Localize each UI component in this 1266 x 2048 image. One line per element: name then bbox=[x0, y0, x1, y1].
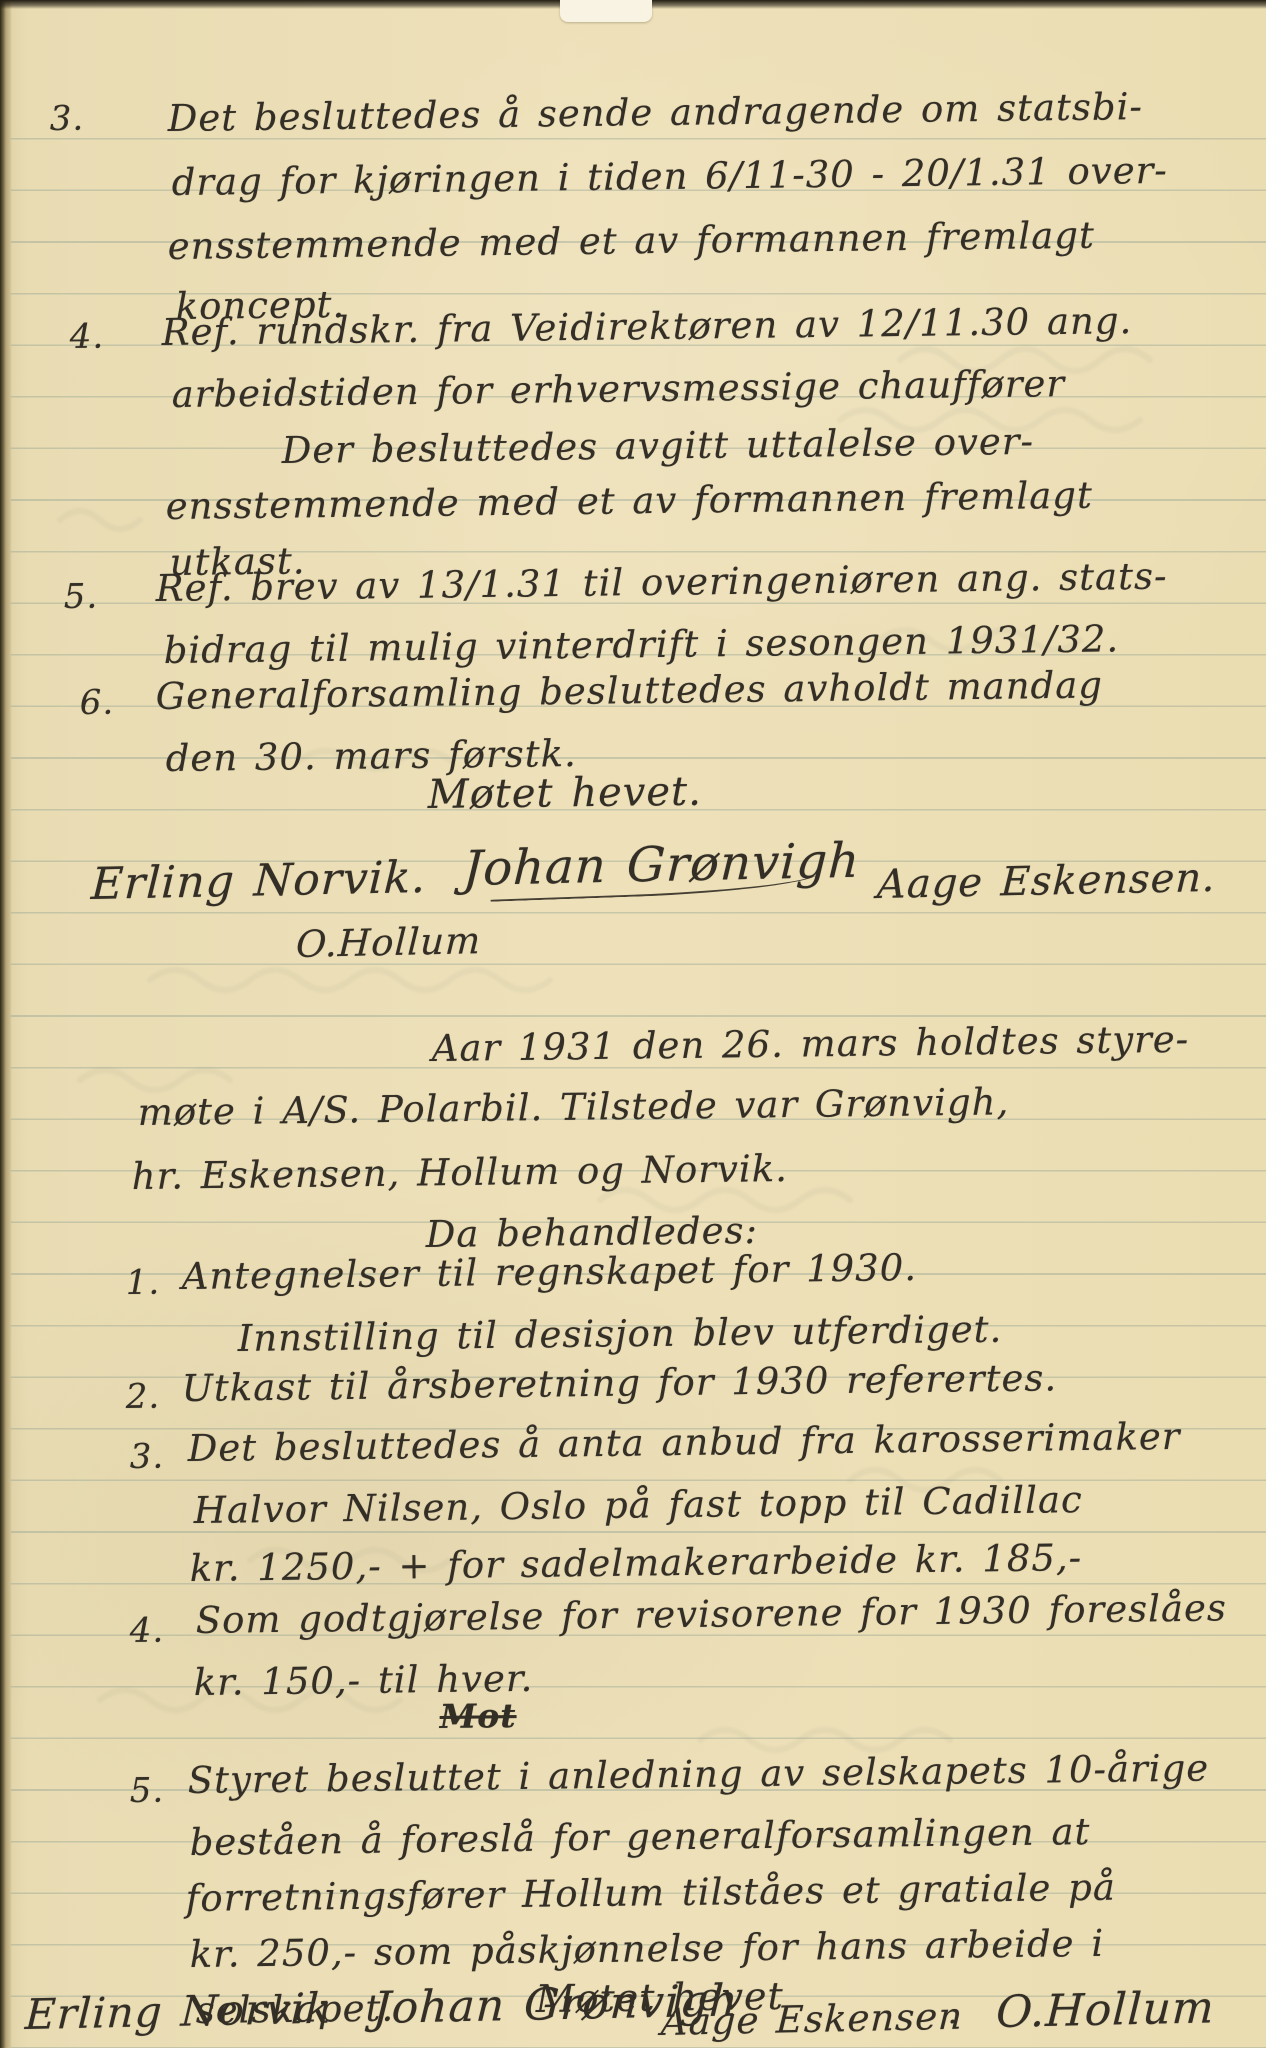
signature: Erling Norvik bbox=[24, 1986, 333, 2038]
struck-word: Mot bbox=[439, 1693, 516, 1740]
signature: Aage Eskensen. bbox=[876, 855, 1217, 908]
minutes-heading-line: møte i A/S. Polarbil. Tilstede var Grønv… bbox=[137, 1079, 1009, 1136]
item-number: 2. bbox=[125, 1374, 160, 1420]
item-number: 3. bbox=[129, 1434, 164, 1480]
minutes-line: Styret besluttet i anledning av selskape… bbox=[187, 1746, 1209, 1804]
minutes-line: beståen å foreslå for generalforsamlinge… bbox=[189, 1809, 1090, 1866]
item-number: 4. bbox=[129, 1608, 164, 1654]
item-number: 4. bbox=[69, 314, 104, 360]
minutes-line: Der besluttedes avgitt uttalelse over- bbox=[281, 419, 1034, 474]
book-binding-edge bbox=[0, 0, 12, 2048]
minutes-line: Det besluttedes å anta anbud fra karosse… bbox=[187, 1414, 1180, 1472]
minutes-line: Antegnelser til regnskapet for 1930. bbox=[181, 1245, 917, 1300]
closing-line: Møtet hevet. bbox=[427, 769, 702, 818]
minutes-line: Det besluttedes å sende andragende om st… bbox=[167, 84, 1143, 142]
minutes-line: forretningsfører Hollum tilståes et grat… bbox=[185, 1865, 1116, 1922]
tape-patch bbox=[560, 0, 652, 22]
minutes-line: kr. 250,- som påskjønnelse for hans arbe… bbox=[189, 1921, 1104, 1978]
separator-dot: · bbox=[947, 2000, 958, 2046]
item-number: 5. bbox=[129, 1768, 164, 1814]
minutes-line: Som godtgjørelse for revisorene for 1930… bbox=[195, 1585, 1227, 1644]
minutes-line: Innstilling til desisjon blev utferdiget… bbox=[237, 1307, 1002, 1362]
minutes-heading-line: hr. Eskensen, Hollum og Norvik. bbox=[131, 1146, 788, 1200]
minutes-line: ensstemmende med et av formannen fremlag… bbox=[165, 473, 1093, 530]
minutes-heading-line: Aar 1931 den 26. mars holdtes styre- bbox=[431, 1017, 1189, 1072]
minutes-line: Utkast til årsberetning for 1930 referer… bbox=[181, 1355, 1057, 1412]
signature: O.Hollum bbox=[995, 1985, 1216, 2036]
scanned-minutes-page: 3. Det besluttedes å sende andragende om… bbox=[0, 0, 1266, 2048]
minutes-line: arbeidstiden for erhvervsmessige chauffø… bbox=[171, 361, 1065, 418]
minutes-line: kr. 1250,- + for sadelmakerarbeide kr. 1… bbox=[189, 1535, 1082, 1592]
signature: O.Hollum bbox=[295, 918, 482, 968]
minutes-line: Halvor Nilsen, Oslo på fast topp til Cad… bbox=[193, 1477, 1083, 1534]
item-number: 1. bbox=[125, 1260, 160, 1306]
minutes-line: Ref. brev av 13/1.31 til overingeniøren … bbox=[155, 554, 1167, 612]
item-number: 6. bbox=[79, 680, 114, 726]
signature: Erling Norvik. bbox=[90, 855, 428, 908]
minutes-line: ensstemmende med et av formannen fremlag… bbox=[167, 213, 1095, 270]
minutes-line: drag for kjøringen i tiden 6/11-30 - 20/… bbox=[171, 148, 1168, 206]
item-number: 3. bbox=[49, 96, 84, 142]
signature: Aage Eskensen bbox=[660, 1994, 964, 2046]
item-number: 5. bbox=[63, 574, 98, 620]
